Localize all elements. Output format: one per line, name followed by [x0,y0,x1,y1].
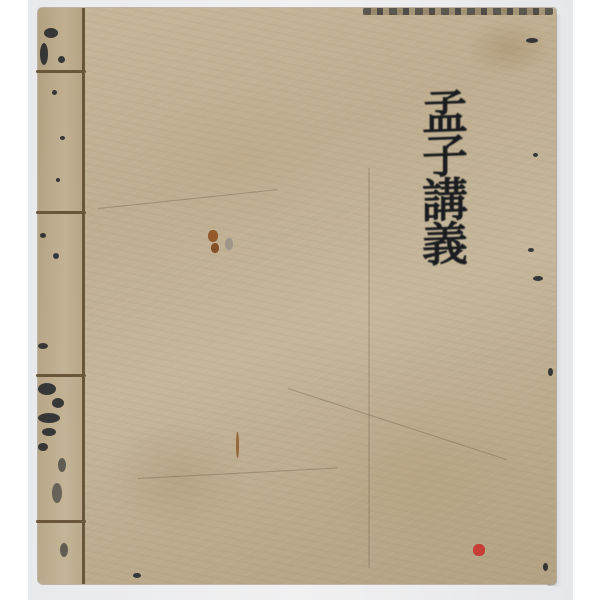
worn-top-edge [363,8,553,15]
paper-crease [138,468,338,479]
book-spine [38,8,85,584]
worm-hole [533,276,543,281]
paper-crease [98,189,277,209]
worm-hole [60,136,65,140]
worm-hole [38,343,48,349]
worm-hole [42,428,56,436]
gray-stain [225,238,233,250]
worm-hole [38,413,60,423]
binding-thread [36,70,86,73]
binding-thread [36,374,86,377]
worm-hole [548,368,553,376]
paper-crease [288,388,507,460]
red-mark [473,544,485,556]
rust-stain [208,230,218,242]
worm-hole [526,38,538,43]
worm-hole [133,573,141,578]
rust-streak [236,432,239,458]
paper-crease [368,168,370,568]
worm-hole [38,443,48,451]
worm-hole [60,543,68,557]
worm-hole [38,383,56,395]
binding-thread [36,520,86,523]
worm-hole [44,28,58,38]
worm-hole [40,233,46,238]
worm-hole [528,248,534,252]
worm-hole [58,56,65,63]
handwritten-title: 孟子講義 [412,87,472,265]
worm-hole [53,253,59,259]
worm-hole [56,178,60,182]
worm-hole [52,90,57,95]
worm-hole [543,563,548,571]
worm-hole [52,483,62,503]
binding-thread [36,211,86,214]
worm-hole [52,398,64,408]
worm-hole [40,43,48,65]
worm-hole [58,458,66,472]
rust-stain [211,243,219,253]
book-cover: 孟子講義 [38,8,556,584]
worm-hole [533,153,538,157]
